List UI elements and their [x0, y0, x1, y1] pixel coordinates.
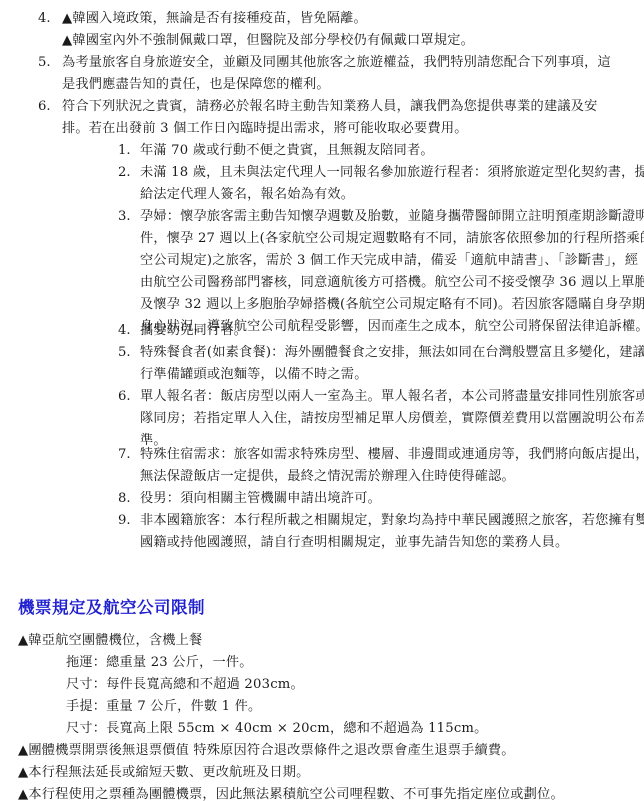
sublist-item-line: 攜嬰幼兒同行者。 [140, 320, 247, 342]
sublist-item-line: 特殊餐食者(如素食餐)：海外團體餐食之安排，無法如同在台灣般豐富且多變化，建議自 [140, 342, 644, 364]
list-number: 6. [38, 96, 51, 118]
sublist-item-line: 由航空公司醫務部門審核，同意適航後方可搭機。航空公司不接受懷孕 36 週以上單胞… [140, 272, 644, 294]
sublist-item-line: 無法保證飯店一定提供，最終之情況需於辦理入住時使得確認。 [140, 466, 515, 488]
sublist-number: 6. [118, 386, 131, 408]
sublist-number: 1. [118, 140, 131, 162]
ticket-note-line: ▲團體機票開票後無退票價值 特殊原因符合退改票條件之退改票會產生退票手續費。 [18, 740, 515, 762]
sublist-item-line: 及懷孕 32 週以上多胞胎孕婦搭機(各航空公司規定略有不同)。若因旅客隱瞞自身孕… [140, 294, 644, 316]
sublist-item-line: 空公司規定)之旅客，需於 3 個工作天完成申請，備妥「適航申請書」、「診斷書」，… [140, 250, 638, 272]
sublist-item-line: 特殊住宿需求：旅客如需求特殊房型、樓層、非邊間或連通房等，我們將向飯店提出，但 [140, 444, 644, 466]
airline-info-line: ▲韓亞航空團體機位，含機上餐 [18, 630, 202, 652]
sublist-item-line: 非本國籍旅客：本行程所載之相關規定，對象均為持中華民國護照之旅客，若您擁有雙重 [140, 510, 644, 532]
sublist-item-line: 給法定代理人簽名，報名始為有效。 [140, 184, 354, 206]
list-item-line: 是我們應盡告知的責任，也是保障您的權利。 [62, 74, 330, 96]
sublist-number: 8. [118, 488, 131, 510]
sublist-item-line: 單人報名者：飯店房型以兩人一室為主。單人報名者，本公司將盡量安排同性別旅客或領 [140, 386, 644, 408]
sublist-item-line: 隊同房；若指定單人入住，請按房型補足單人房價差，實際價差費用以當團說明公布為 [140, 408, 644, 430]
sublist-item-line: 行準備罐頭或泡麵等，以備不時之需。 [140, 364, 368, 386]
list-item-line: 符合下列狀況之貴賓，請務必於報名時主動告知業務人員，讓我們為您提供專業的建議及安 [62, 96, 598, 118]
list-item-line: ▲韓國入境政策，無論是否有接種疫苗，皆免隔離。 [62, 8, 367, 30]
list-number: 4. [38, 8, 51, 30]
sublist-item-line: 件，懷孕 27 週以上(各家航空公司規定週數略有不同，請旅客依照參加的行程所搭乘… [140, 228, 644, 250]
list-item-line: 排。若在出發前 3 個工作日內臨時提出需求，將可能收取必要費用。 [62, 118, 468, 140]
sublist-number: 3. [118, 206, 131, 228]
list-item-line: ▲韓國室內外不強制佩戴口罩，但醫院及部分學校仍有佩戴口罩規定。 [62, 30, 474, 52]
sublist-number: 9. [118, 510, 131, 532]
sublist-number: 2. [118, 162, 131, 184]
list-number: 5. [38, 52, 51, 74]
sublist-item-line: 年滿 70 歲或行動不便之貴賓，且無親友陪同者。 [140, 140, 434, 162]
ticket-note-line: ▲本行程使用之票種為團體機票，因此無法累積航空公司哩程數、不可事先指定座位或劃位… [18, 784, 564, 801]
sublist-number: 4. [118, 320, 131, 342]
sublist-item-line: 役男：須向相關主管機關申請出境許可。 [140, 488, 381, 510]
sublist-item-line: 孕婦：懷孕旅客需主動告知懷孕週數及胎數，並隨身攜帶醫師開立註明預產期診斷證明文 [140, 206, 644, 228]
ticket-note-line: ▲本行程無法延長或縮短天數、更改航班及日期。 [18, 762, 309, 784]
sublist-item-line: 國籍或持他國護照，請自行查明相關規定，並事先請告知您的業務人員。 [140, 532, 568, 554]
sublist-number: 5. [118, 342, 131, 364]
sublist-number: 7. [118, 444, 131, 466]
baggage-line: 拖運：總重量 23 公斤，一件。 [66, 652, 253, 674]
list-item-line: 為考量旅客自身旅遊安全，並顧及同團其他旅客之旅遊權益，我們特別請您配合下列事項，… [62, 52, 611, 74]
baggage-line: 手提：重量 7 公斤，件數 1 件。 [66, 696, 261, 718]
sublist-item-line: 未滿 18 歲，且未與法定代理人一同報名參加旅遊行程者：須將旅遊定型化契約書，提… [140, 162, 644, 184]
section-heading: 機票規定及航空公司限制 [18, 596, 205, 620]
baggage-line: 尺寸：長寬高上限 55cm × 40cm × 20cm，總和不超過為 115cm… [66, 718, 488, 740]
baggage-line: 尺寸：每件長寬高總和不超過 203cm。 [66, 674, 304, 696]
